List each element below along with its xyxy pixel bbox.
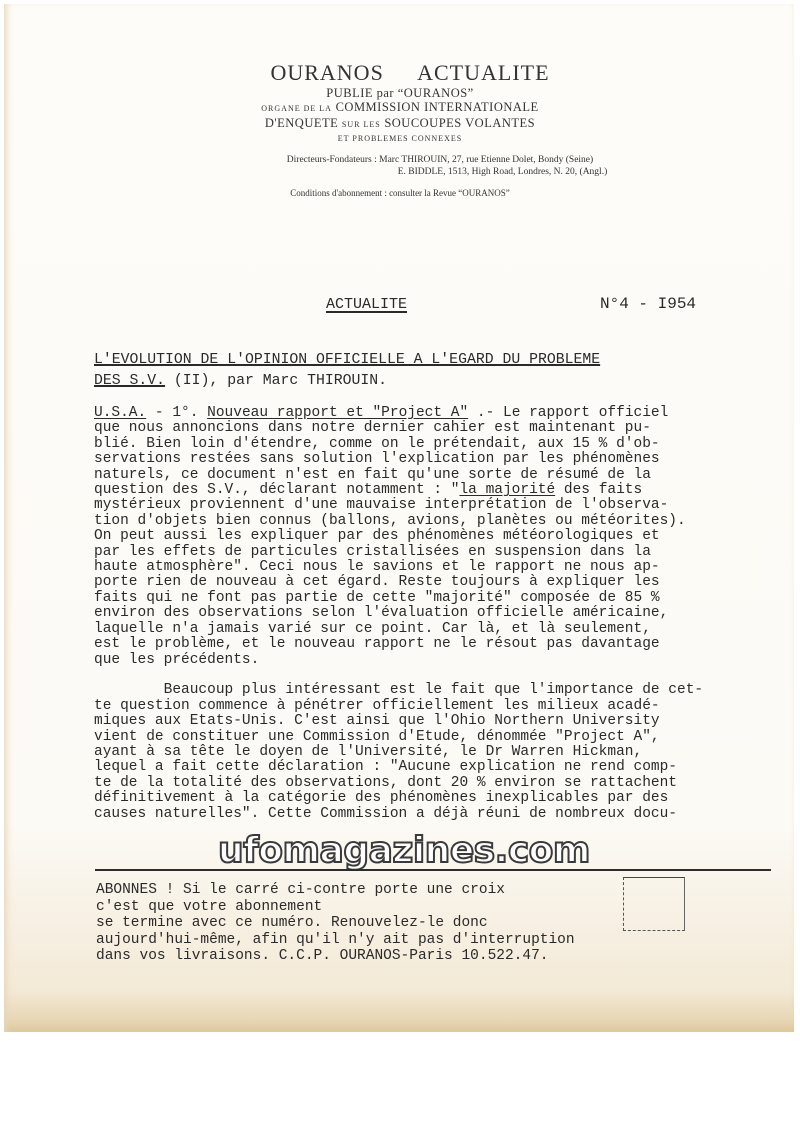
section-label: ACTUALITE bbox=[326, 296, 407, 313]
related-problems: ET PROBLEMES CONNEXES bbox=[0, 132, 800, 146]
inquiry-line: D'ENQUETE SUR LES SOUCOUPES VOLANTES bbox=[0, 116, 800, 132]
publication-title: OURANOS ACTUALITE bbox=[20, 60, 800, 86]
country-label: U.S.A. bbox=[94, 405, 146, 421]
headline-byline: (II), par Marc THIROUIN. bbox=[165, 373, 387, 389]
director-1: Marc THIROUIN, 27, rue Etienne Dolet, Bo… bbox=[379, 155, 593, 165]
article-subtitle: Nouveau rapport et "Project A" bbox=[207, 405, 468, 421]
divider-rule bbox=[95, 869, 771, 871]
director-2: E. BIDDLE, 1513, High Road, Londres, N. … bbox=[0, 166, 800, 178]
article-body: U.S.A. - 1°. Nouveau rapport et "Project… bbox=[94, 406, 774, 822]
subscription-notice: ABONNES ! Si le carré ci-contre porte un… bbox=[96, 882, 575, 965]
subscription-conditions: Conditions d'abonnement : consulter la R… bbox=[0, 188, 800, 198]
emphasis-majorite: la majorité bbox=[459, 482, 555, 498]
organ-line: ORGANE DE LA COMMISSION INTERNATIONALE bbox=[0, 100, 800, 116]
headline-line-2-underlined: DES S.V. bbox=[94, 373, 165, 389]
paragraph-1-rest: des faits mystérieux proviennent d'une m… bbox=[94, 482, 686, 667]
watermark: ufomagazines.com bbox=[218, 830, 590, 871]
title-actualite: ACTUALITE bbox=[417, 60, 549, 85]
published-by: PUBLIE par “OURANOS” bbox=[0, 86, 800, 100]
paragraph-2: Beaucoup plus intéressant est le fait qu… bbox=[94, 682, 703, 821]
directors: Directeurs-Fondateurs : Marc THIROUIN, 2… bbox=[0, 154, 800, 178]
masthead: OURANOS ACTUALITE PUBLIE par “OURANOS” O… bbox=[0, 60, 800, 198]
headline-line-1: L'EVOLUTION DE L'OPINION OFFICIELLE A L'… bbox=[94, 352, 600, 368]
title-ouranos: OURANOS bbox=[270, 60, 383, 85]
article-headline: L'EVOLUTION DE L'OPINION OFFICIELLE A L'… bbox=[94, 350, 600, 392]
directors-label: Directeurs-Fondateurs : bbox=[287, 155, 377, 165]
subscription-expiry-checkbox bbox=[623, 877, 685, 931]
issue-number: N°4 - I954 bbox=[600, 295, 696, 313]
